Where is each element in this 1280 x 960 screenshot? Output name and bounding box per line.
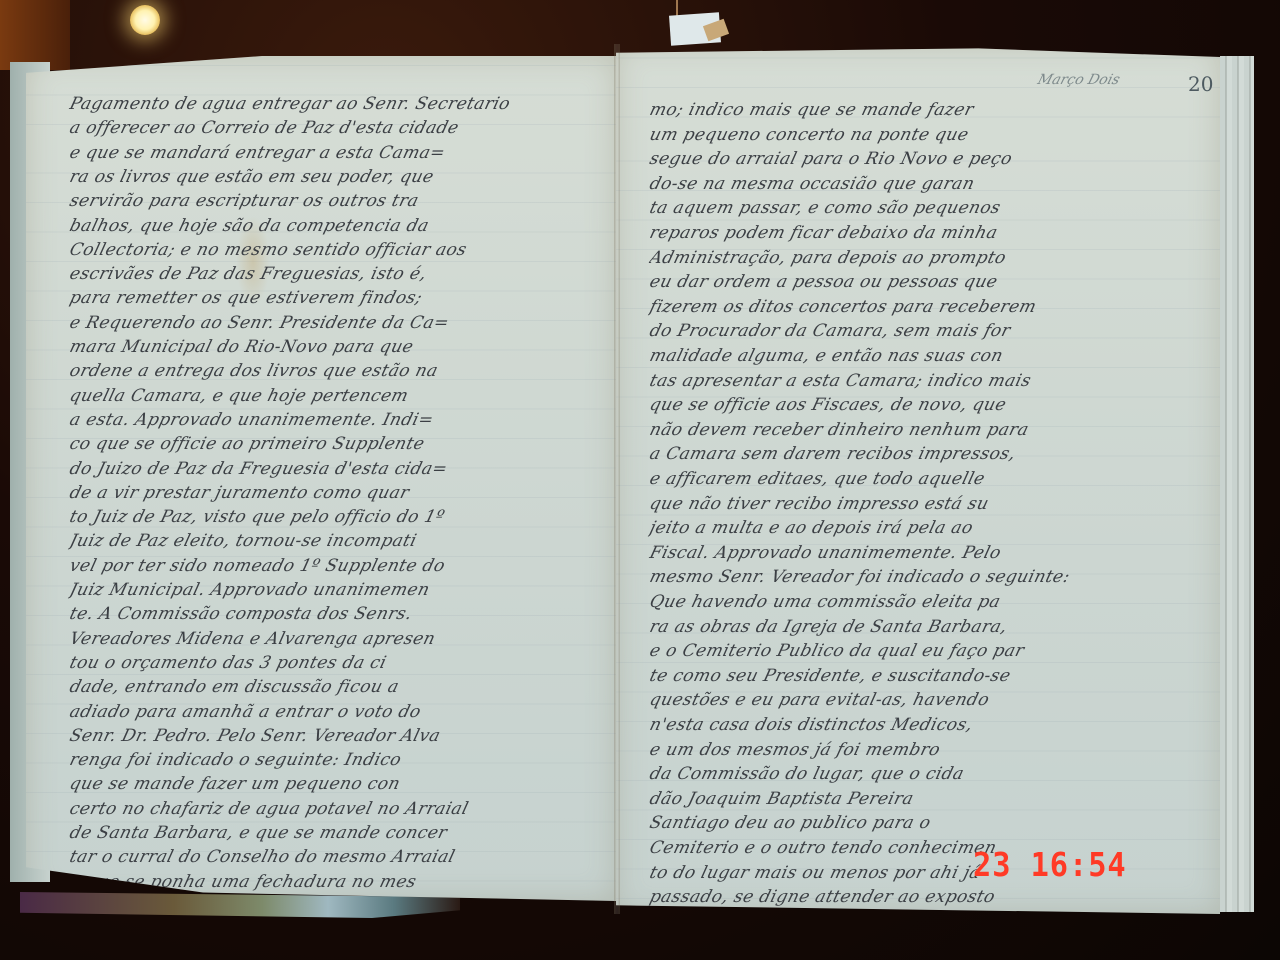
handwritten-line: Juiz Municipal. Approvado unanimemen	[68, 580, 603, 600]
handwritten-line: n'esta casa dois distinctos Medicos,	[648, 715, 1203, 735]
handwritten-line: para remetter os que estiverem findos;	[68, 288, 603, 308]
handwritten-line: do-se na mesma occasião que garan	[648, 174, 1203, 194]
handwritten-line: a Camara sem darem recibos impressos,	[648, 444, 1203, 464]
handwritten-line: te como seu Presidente, e suscitando-se	[648, 666, 1203, 686]
handwritten-line: segue do arraial para o Rio Novo e peço	[648, 149, 1203, 169]
book-gutter	[614, 44, 620, 914]
handwritten-line: Vereadores Midena e Alvarenga apresen	[68, 629, 603, 649]
handwritten-line: de Santa Barbara, e que se mande concer	[68, 823, 603, 843]
handwritten-line: da Commissão do lugar, que o cida	[648, 764, 1203, 784]
right-page: Março Dois 20 mo; indico mais que se man…	[616, 44, 1220, 914]
handwritten-line: e que se ponha uma fechadura no mes	[68, 872, 603, 892]
handwritten-line: um pequeno concerto na ponte que	[648, 125, 1203, 145]
handwritten-line: tar o curral do Conselho do mesmo Arraia…	[68, 847, 603, 867]
handwritten-line: renga foi indicado o seguinte: Indico	[68, 750, 603, 770]
handwritten-line: a offerecer ao Correio de Paz d'esta cid…	[68, 118, 603, 138]
handwritten-line: tas apresentar a esta Camara; indico mai…	[648, 371, 1203, 391]
handwritten-line: Senr. Dr. Pedro. Pelo Senr. Vereador Alv…	[68, 726, 603, 746]
page-header-note: Março Dois	[1036, 72, 1122, 88]
background-wall	[0, 0, 70, 70]
handwritten-line: malidade alguma, e então nas suas con	[648, 346, 1203, 366]
handwritten-line: balhos, que hoje são da competencia da	[68, 216, 603, 236]
handwritten-line: dão Joaquim Baptista Pereira	[648, 789, 1203, 809]
handwritten-line: co que se officie ao primeiro Supplente	[68, 434, 603, 454]
handwritten-line: ra as obras da Igreja de Santa Barbara,	[648, 617, 1203, 637]
handwritten-line: de a vir prestar juramento como quar	[68, 483, 603, 503]
handwritten-line: jeito a multa e ao depois irá pela ao	[648, 518, 1203, 538]
handwritten-line: ta aquem passar, e como são pequenos	[648, 198, 1203, 218]
handwritten-line: e Requerendo ao Senr. Presidente da Ca=	[68, 313, 603, 333]
handwritten-line: mesmo Senr. Vereador foi indicado o segu…	[648, 567, 1203, 587]
handwritten-line: a esta. Approvado unanimemente. Indi=	[68, 410, 603, 430]
handwritten-line: e afficarem editaes, que todo aquelle	[648, 469, 1203, 489]
handwritten-line: Collectoria; e no mesmo sentido officiar…	[68, 240, 603, 260]
camera-timestamp: 23 16:54	[973, 845, 1127, 884]
handwritten-line: reparos podem ficar debaixo da minha	[648, 223, 1203, 243]
handwritten-line: dade, entrando em discussão ficou a	[68, 677, 603, 697]
handwritten-line: questões e eu para evital-as, havendo	[648, 690, 1203, 710]
handwritten-line: e um dos mesmos já foi membro	[648, 740, 1203, 760]
handwritten-line: Juiz de Paz eleito, tornou-se incompati	[68, 531, 603, 551]
handwritten-line: que se mande fazer um pequeno con	[68, 774, 603, 794]
handwritten-line: não devem receber dinheiro nenhum para	[648, 420, 1203, 440]
handwritten-line: servirão para escripturar os outros tra	[68, 191, 603, 211]
lamp-light	[130, 5, 160, 35]
handwritten-line: mara Municipal do Rio-Novo para que	[68, 337, 603, 357]
right-page-edges	[1220, 56, 1254, 912]
handwritten-line: Fiscal. Approvado unanimemente. Pelo	[648, 543, 1203, 563]
handwritten-line: do Juizo de Paz da Freguesia d'esta cida…	[68, 459, 603, 479]
handwritten-line: te. A Commissão composta dos Senrs.	[68, 604, 603, 624]
handwritten-line: Administração, para depois ao prompto	[648, 248, 1203, 268]
handwritten-line: adiado para amanhã a entrar o voto do	[68, 702, 603, 722]
handwritten-line: mo; indico mais que se mande fazer	[648, 100, 1203, 120]
page-number: 20	[1188, 72, 1213, 96]
handwritten-line: tou o orçamento das 3 pontes da ci	[68, 653, 603, 673]
handwritten-line: fizerem os ditos concertos para recebere…	[648, 297, 1203, 317]
handwritten-line: Santiago deu ao publico para o	[648, 813, 1203, 833]
handwritten-line: passado, se digne attender ao exposto	[648, 887, 1203, 907]
left-page: Pagamento de agua entregar ao Senr. Secr…	[26, 56, 616, 901]
handwritten-line: que não tiver recibo impresso está su	[648, 494, 1203, 514]
handwritten-line: e o Cemiterio Publico da qual eu faço pa…	[648, 641, 1203, 661]
handwritten-line: do Procurador da Camara, sem mais for	[648, 321, 1203, 341]
handwritten-line: Que havendo uma commissão eleita pa	[648, 592, 1203, 612]
handwritten-line: Pagamento de agua entregar ao Senr. Secr…	[68, 94, 603, 114]
handwritten-line: e que se mandará entregar a esta Cama=	[68, 143, 603, 163]
handwritten-line: to Juiz de Paz, visto que pelo officio d…	[68, 507, 603, 527]
handwritten-line: escrivães de Paz das Freguesias, isto é,	[68, 264, 603, 284]
handwritten-line: certo no chafariz de agua potavel no Arr…	[68, 799, 603, 819]
handwritten-line: que se officie aos Fiscaes, de novo, que	[648, 395, 1203, 415]
handwritten-line: vel por ter sido nomeado 1º Supplente do	[68, 556, 603, 576]
handwritten-line: eu dar ordem a pessoa ou pessoas que	[648, 272, 1203, 292]
handwritten-line: ra os livros que estão em seu poder, que	[68, 167, 603, 187]
handwritten-line: ordene a entrega dos livros que estão na	[68, 361, 603, 381]
handwritten-line: quella Camara, e que hoje pertencem	[68, 386, 603, 406]
